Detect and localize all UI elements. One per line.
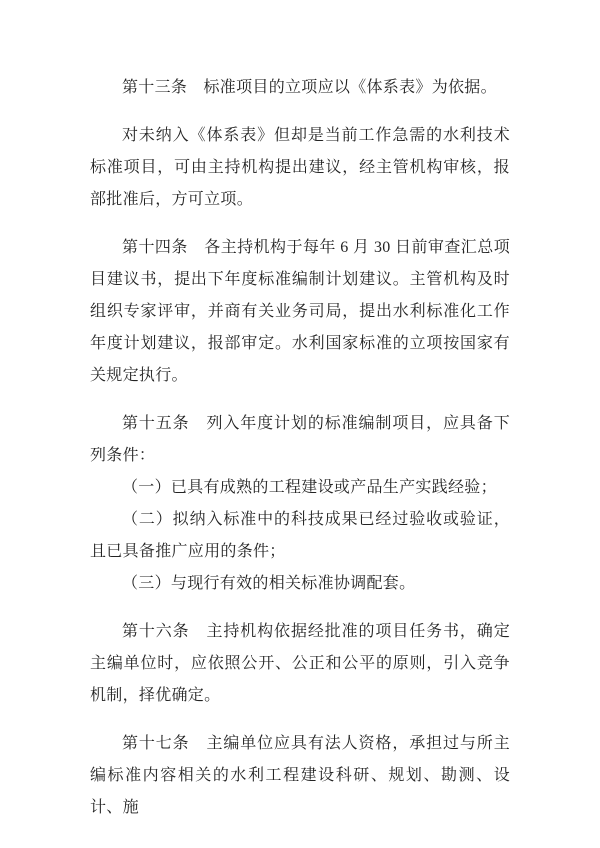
paragraph-article-13: 第十三条 标准项目的立项应以《体系表》为依据。 (90, 72, 510, 104)
paragraph-article-15-item-1: （一）已具有成熟的工程建设或产品生产实践经验； (90, 472, 510, 504)
paragraph-article-17: 第十七条 主编单位应具有法人资格，承担过与所主编标准内容相关的水利工程建设科研、… (90, 728, 510, 824)
paragraph-article-15-item-2: （二）拟纳入标准中的科技成果已经过验收或验证，且已具备推广应用的条件； (90, 504, 510, 568)
document-page: 第十三条 标准项目的立项应以《体系表》为依据。 对未纳入《体系表》但却是当前工作… (0, 0, 600, 848)
paragraph-article-15: 第十五条 列入年度计划的标准编制项目，应具备下列条件： (90, 408, 510, 472)
paragraph-article-14: 第十四条 各主持机构于每年 6 月 30 日前审查汇总项目建议书，提出下年度标准… (90, 232, 510, 392)
document-viewer: { "page": { "background_color": "#ffffff… (0, 0, 600, 848)
paragraph-article-16: 第十六条 主持机构依据经批准的项目任务书，确定主编单位时，应依照公开、公正和公平… (90, 616, 510, 712)
paragraph-article-15-item-3: （三）与现行有效的相关标准协调配套。 (90, 568, 510, 600)
paragraph-article-13-para-2: 对未纳入《体系表》但却是当前工作急需的水利技术标准项目，可由主持机构提出建议，经… (90, 120, 510, 216)
